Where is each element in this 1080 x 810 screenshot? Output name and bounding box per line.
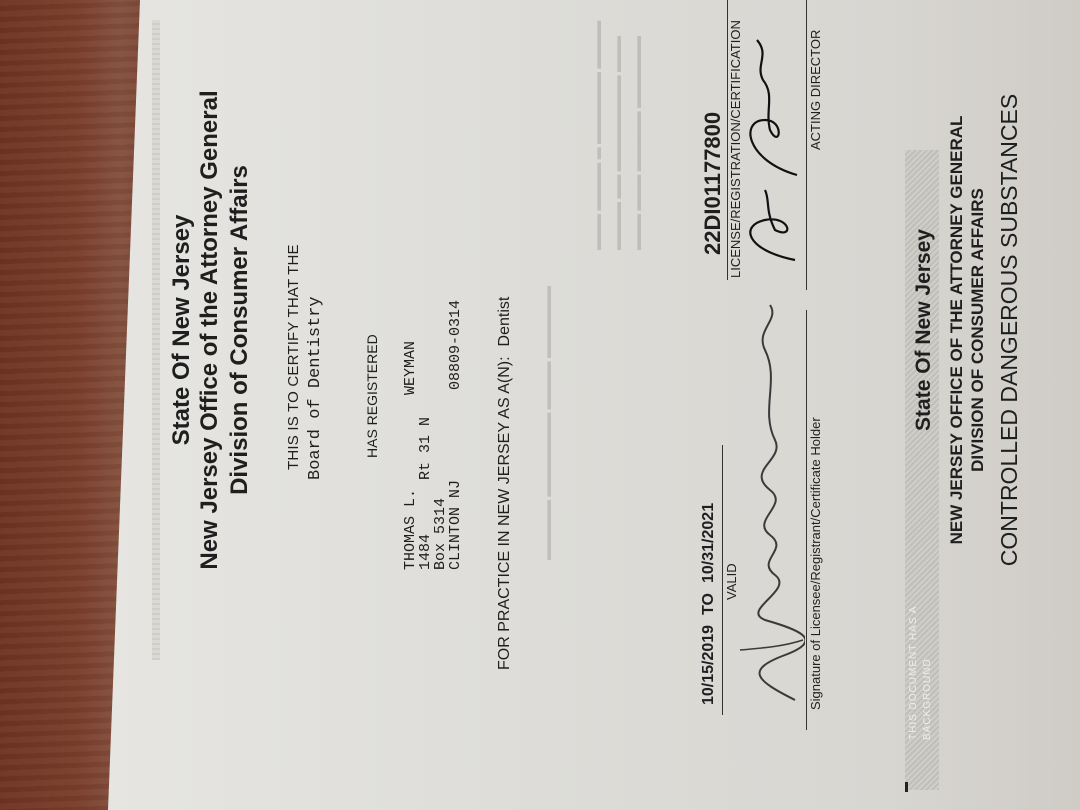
footer-state: State Of New Jersey	[912, 50, 936, 610]
registrant-last-name: WEYMAN	[403, 341, 418, 395]
certify-text: THIS IS TO CERTIFY THAT THE	[285, 244, 302, 470]
header-state: State Of New Jersey	[168, 30, 196, 630]
header-office: New Jersey Office of the Attorney Genera…	[196, 0, 224, 660]
has-registered-label: HAS REGISTERED	[364, 334, 380, 458]
holder-signature	[735, 250, 805, 710]
practice-line: FOR PRACTICE IN NEW JERSEY AS A(N):Denti…	[496, 297, 514, 670]
holder-signature-label: Signature of Licensee/Registrant/Certifi…	[808, 417, 823, 710]
footer-office: NEW JERSEY OFFICE OF THE ATTORNEY GENERA…	[947, 0, 967, 680]
registrant-city-state: CLINTON NJ	[448, 480, 463, 570]
footer-program: CONTROLLED DANGEROUS SUBSTANCES	[996, 0, 1023, 720]
bleed-through-text: ▬▬▬▬▬ ▬▬▬▬▬▬▬ ▬▬▬▬ ▬▬▬▬▬▬	[540, 286, 554, 560]
director-signature	[735, 30, 805, 270]
director-signature-line	[806, 0, 807, 290]
holder-signature-line	[806, 310, 807, 730]
registrant-street-number: 1484	[418, 534, 433, 570]
valid-to: 10/31/2021	[700, 503, 717, 583]
header-division: Division of Consumer Affairs	[226, 30, 254, 630]
registrant-street: Rt 31 N	[418, 417, 433, 480]
valid-to-word: TO	[700, 593, 717, 615]
certificate-content: State Of New Jersey New Jersey Office of…	[0, 0, 1080, 810]
validity-underline	[722, 445, 723, 715]
profession: Dentist	[496, 297, 513, 347]
security-band-top	[152, 20, 160, 660]
security-band-text-1: THIS DOCUMENT HAS A	[908, 606, 919, 740]
validity-dates: 10/15/2019TO10/31/2021	[700, 503, 718, 705]
board-name: Board of Dentistry	[306, 296, 325, 480]
bleed-through-text: ▬▬▬ ▬▬▬▬ ▬ ▬▬▬▬▬▬ ▬▬▬▬	[590, 21, 604, 250]
valid-from: 10/15/2019	[700, 625, 717, 705]
registrant-first-name: THOMAS L.	[403, 489, 418, 570]
footer-division: DIVISION OF CONSUMER AFFAIRS	[968, 50, 988, 610]
registrant-zip: 08809-0314	[448, 300, 463, 390]
director-label: ACTING DIRECTOR	[808, 30, 823, 150]
bleed-through-text: ▬▬▬▬ ▬▬ ▬▬▬▬▬▬▬▬ ▬▬▬	[610, 36, 624, 250]
bleed-through-text: ▬▬▬ ▬▬▬ ▬▬▬▬▬ ▬▬▬▬▬▬	[630, 36, 644, 250]
license-number: 22DI01177800	[700, 112, 726, 255]
practice-label: FOR PRACTICE IN NEW JERSEY AS A(N):	[496, 356, 513, 670]
edge-tick-mark	[905, 782, 908, 792]
registrant-box: Box 5314	[433, 498, 448, 570]
security-band-text-2: BACKGROUND	[922, 658, 933, 740]
